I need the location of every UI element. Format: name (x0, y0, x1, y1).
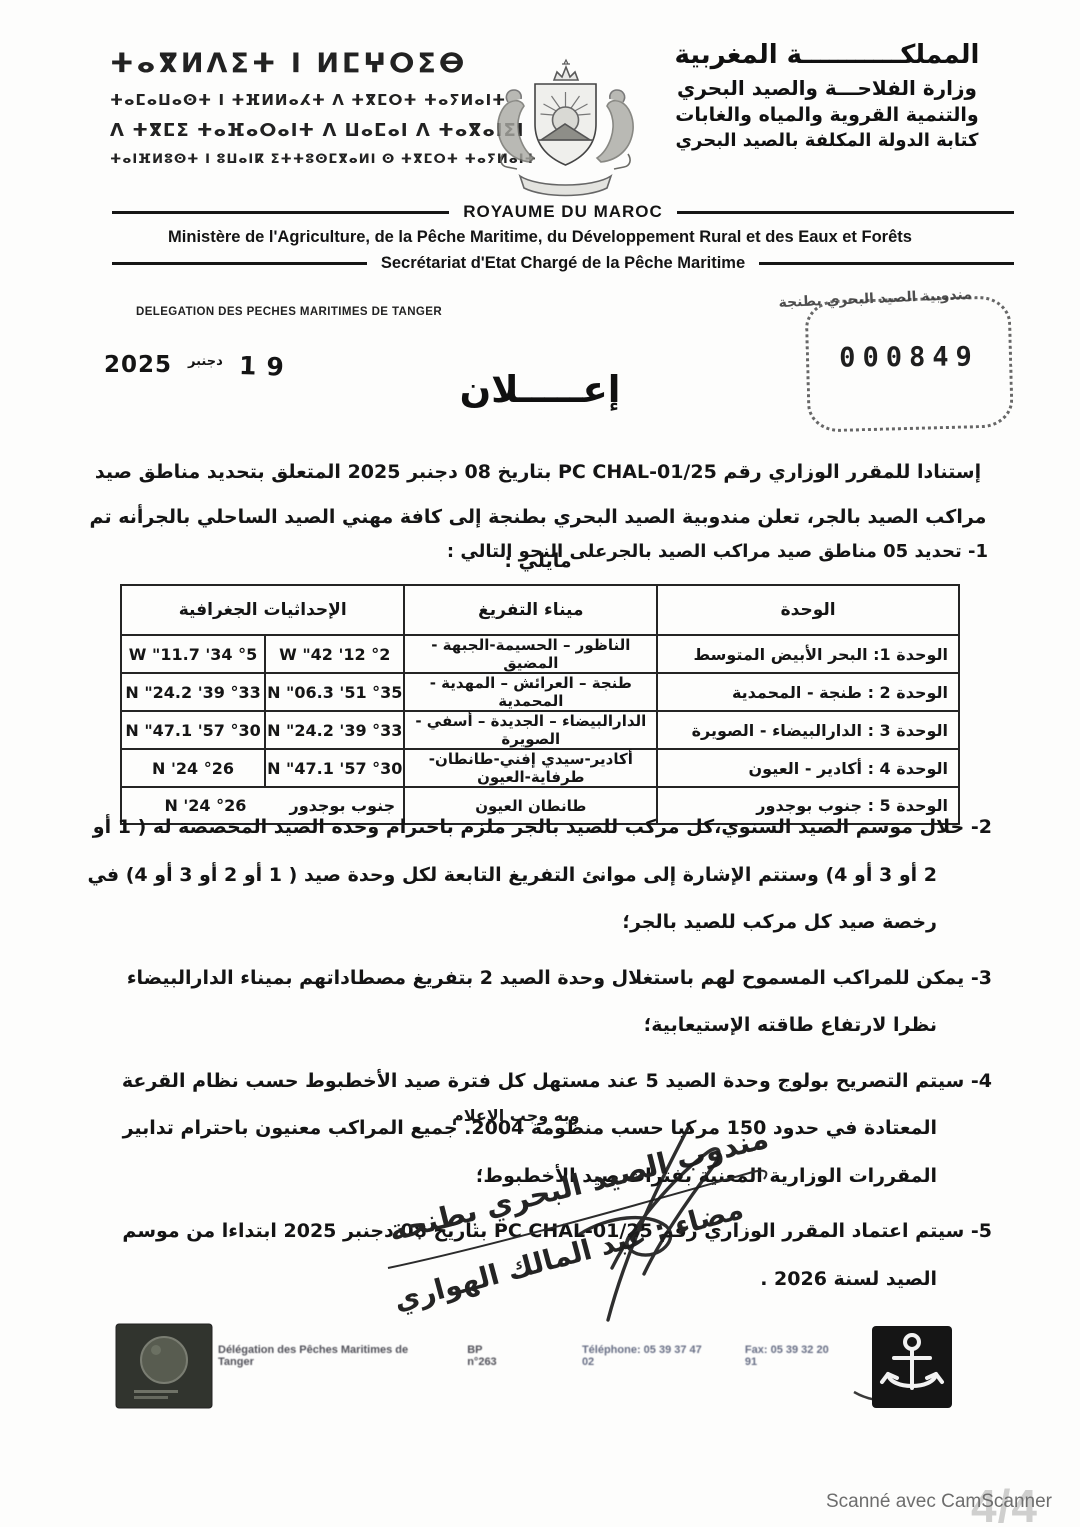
date-month: دجنبر (188, 354, 223, 369)
morocco-coat-of-arms-icon (478, 58, 653, 206)
ministry-line: والتنمية القروية والمياه والغابات (638, 104, 1016, 126)
divider-line (759, 262, 1014, 265)
item-1: 1- تحديد 05 مناطق صيد مراكب الصيد بالجرع… (80, 541, 988, 562)
port-cell: الناظور – الحسيمة-الجبهة - المضيق (404, 635, 657, 673)
port-cell: طنجة – العرائش – المهدية - المحمدية (404, 673, 657, 711)
ministry-line: وزارة الفلاحـــة والصيد البحري (638, 76, 1016, 100)
coordinate-cell: N "47.1 '57 °30 (121, 711, 265, 749)
tifinagh-line: ⵜⴰⵏⴼⵍⵓⵙⵜ ⵏ ⵓⵡⴰⵏⴽ ⵉⵜⵜⵓⵙⵎⴳⴰⵍⵏ ⵙ ⵜⴳⵎⵔⵜ ⵜⴰⵢⵍ… (110, 152, 480, 167)
coordinate-cell: W "11.7 '34 °5 (121, 635, 265, 673)
anchor-logo-icon (848, 1322, 958, 1414)
item-2: 2- خلال موسم الصيد السنوي،كل مركب للصيد … (82, 804, 992, 947)
coords-header: الإحداثيات الجغرافية (121, 585, 404, 635)
port-header: ميناء التفريغ (404, 585, 657, 635)
item-3: 3- يمكن للمراكب المسموح لهم باستغلال وحد… (82, 955, 992, 1050)
coordinate-cell: W "42 '12 °2 (265, 635, 404, 673)
footer-delegation: Délégation des Pêches Maritimes de Tange… (218, 1344, 433, 1368)
chamber-seal-icon (114, 1322, 216, 1414)
tifinagh-header: ⵜⴰⴳⵍⴷⵉⵜ ⵏ ⵍⵎⵖⵔⵉⴱ ⵜⴰⵎⴰⵡⴰⵙⵜ ⵏ ⵜⴼⵍⵍⴰⵃⵜ ⴷ ⵜⴳ… (110, 48, 480, 167)
footer-bp: BP n°263 (467, 1344, 512, 1368)
signature-block: مندوب الصيد البحري بطنجة مضاء : عبد الما… (356, 1116, 802, 1328)
unit-cell: الوحدة 4 : أكادير - العيون (657, 749, 959, 787)
coordinate-cell: N "24.2 '39 °33 (121, 673, 265, 711)
arabic-ministry-header: المملكـــــــــــة المغربية وزارة الفلاح… (638, 40, 1016, 151)
tifinagh-line: ⵜⴰⴳⵍⴷⵉⵜ ⵏ ⵍⵎⵖⵔⵉⴱ (110, 48, 480, 79)
table-row: الوحدة 2 : طنجة - المحمديةطنجة – العرائش… (121, 673, 959, 711)
table-row: الوحدة 3 : الدارالبيضاء - الصويرةالدارال… (121, 711, 959, 749)
announcement-title: إعـــــلان (0, 368, 1080, 411)
secretariat-row: Secrétariat d'Etat Chargé de la Pêche Ma… (112, 254, 1014, 273)
divider-line (112, 211, 449, 214)
secretariat-line: كتابة الدولة المكلفة بالصيد البحري (638, 130, 1016, 151)
coordinate-cell: N '24 °26 (121, 749, 265, 787)
unit-cell: الوحدة 3 : الدارالبيضاء - الصويرة (657, 711, 959, 749)
delegation-title: DELEGATION DES PECHES MARITIMES DE TANGE… (136, 306, 442, 318)
zones-table-body: الوحدة 1: البحر الأبيض المتوسطالناظور – … (121, 635, 959, 824)
secretariat-title: Secrétariat d'Etat Chargé de la Pêche Ma… (381, 254, 745, 273)
camscanner-note: Scanné avec CamScanner (826, 1491, 1052, 1513)
kingdom-title: المملكـــــــــــة المغربية (638, 40, 1016, 70)
port-cell: أكادير-سيدي إفني-طانطان-طرفاية-العيون (404, 749, 657, 787)
divider-line (112, 262, 367, 265)
coordinate-cell: N "06.3 '51 °35 (265, 673, 404, 711)
footer-contact-line: Délégation des Pêches Maritimes de Tange… (218, 1344, 838, 1368)
scanned-document-page: ⵜⴰⴳⵍⴷⵉⵜ ⵏ ⵍⵎⵖⵔⵉⴱ ⵜⴰⵎⴰⵡⴰⵙⵜ ⵏ ⵜⴼⵍⵍⴰⵃⵜ ⴷ ⵜⴳ… (0, 0, 1080, 1527)
divider-line (677, 211, 1014, 214)
footer-fax: Fax: 05 39 32 20 91 (745, 1344, 838, 1368)
table-row: الوحدة 1: البحر الأبيض المتوسطالناظور – … (121, 635, 959, 673)
unit-header: الوحدة (657, 585, 959, 635)
tifinagh-line: ⴷ ⵜⴳⵎⵉ ⵜⴰⴼⴰⵔⴰⵏⵜ ⴷ ⵡⴰⵎⴰⵏ ⴷ ⵜⴰⴳⴰⵏⵉⵏ (110, 120, 480, 141)
table-header-row: الوحدة ميناء التفريغ الإحداثيات الجغرافي… (121, 585, 959, 635)
intro-paragraph: إستنادا للمقرر الوزاري رقم PC CHAL-01/25… (80, 450, 996, 584)
fishing-zones-table: الوحدة ميناء التفريغ الإحداثيات الجغرافي… (120, 584, 960, 825)
coordinate-cell: N "24.2 '39 °33 (265, 711, 404, 749)
unit-cell: الوحدة 2 : طنجة - المحمدية (657, 673, 959, 711)
royaume-title: ROYAUME DU MAROC (463, 202, 663, 222)
royaume-du-maroc-row: ROYAUME DU MAROC (112, 202, 1014, 222)
unit-cell: الوحدة 1: البحر الأبيض المتوسط (657, 635, 959, 673)
ministere-title: Ministère de l'Agriculture, de la Pêche … (0, 228, 1080, 247)
table-row: الوحدة 4 : أكادير - العيونأكادير-سيدي إف… (121, 749, 959, 787)
tifinagh-line: ⵜⴰⵎⴰⵡⴰⵙⵜ ⵏ ⵜⴼⵍⵍⴰⵃⵜ ⴷ ⵜⴳⵎⵔⵜ ⵜⴰⵢⵍⴰⵏⵜ (110, 91, 480, 109)
port-cell: الدارالبيضاء – الجديدة – أسفي - الصويرة (404, 711, 657, 749)
coordinate-cell: N "47.1 '57 °30 (265, 749, 404, 787)
footer-phone: Téléphone: 05 39 37 47 02 (582, 1344, 709, 1368)
